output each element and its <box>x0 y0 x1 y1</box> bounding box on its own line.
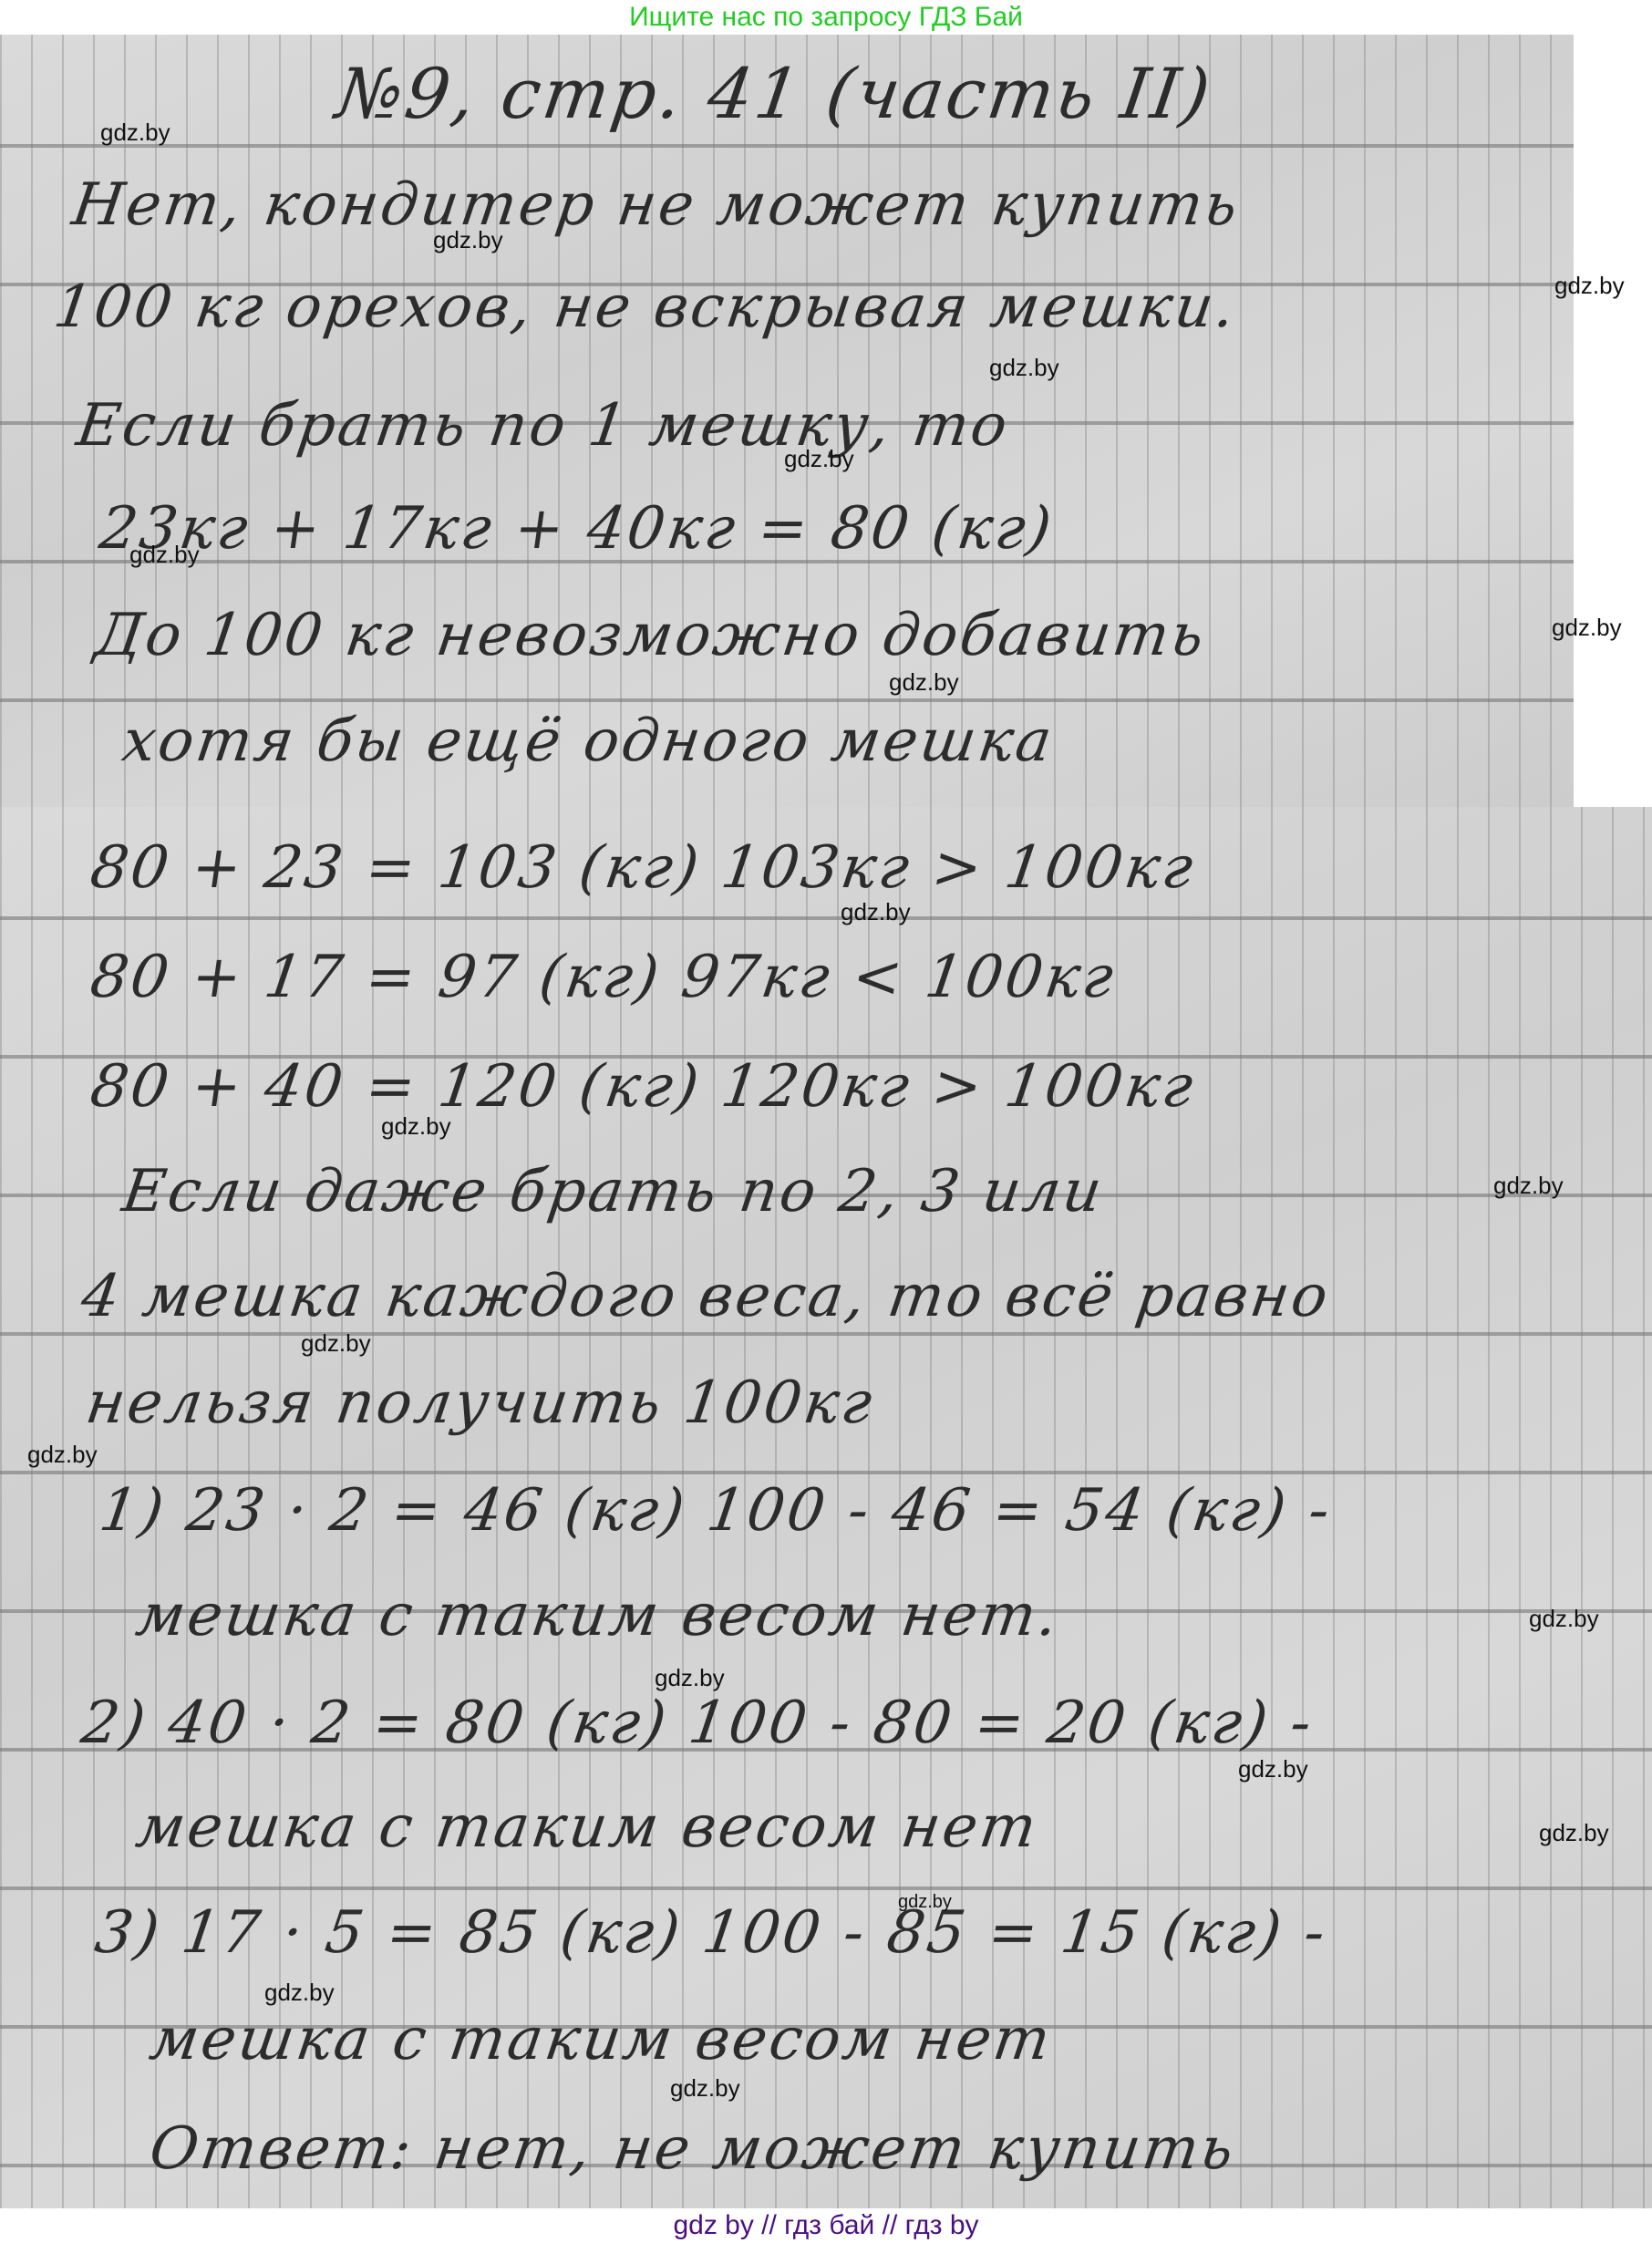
watermark: gdz.by <box>1552 614 1622 642</box>
answer-line: Ответ: нет, не может купить <box>146 2115 1241 2183</box>
solution-line: 2) 40 · 2 = 80 (кг) 100 - 80 = 20 (кг) - <box>77 1690 1318 1757</box>
watermark: gdz.by <box>27 1441 98 1469</box>
solution-line: 1) 23 · 2 = 46 (кг) 100 - 46 = 54 (кг) - <box>96 1477 1337 1545</box>
watermark: gdz.by <box>784 445 854 473</box>
solution-line: 80 + 40 = 120 (кг) 120кг > 100кг <box>87 1053 1200 1121</box>
solution-line: хотя бы ещё одного мешка <box>119 708 1058 775</box>
watermark: gdz.by <box>889 668 959 697</box>
notebook-photo-top: №9, стр. 41 (часть II) Нет, кондитер не … <box>0 35 1574 807</box>
watermark: gdz.by <box>433 226 503 254</box>
solution-line: Если брать по 1 мешку, то <box>73 392 1014 460</box>
solution-line: 80 + 17 = 97 (кг) 97кг < 100кг <box>87 944 1120 1011</box>
watermark: gdz.by <box>264 1979 335 2007</box>
solution-line: 23кг + 17кг + 40кг = 80 (кг) <box>96 495 1058 563</box>
watermark: gdz.by <box>841 898 911 926</box>
solution-line: 4 мешка каждого веса, то всё равно <box>77 1263 1335 1330</box>
watermark: gdz.by <box>381 1112 451 1141</box>
watermark: gdz.by <box>1554 272 1625 300</box>
solution-line: мешка с таким весом нет <box>146 2006 1057 2073</box>
watermark: gdz.by <box>1539 1819 1609 1847</box>
solution-line: 3) 17 · 5 = 85 (кг) 100 - 85 = 15 (кг) - <box>91 1899 1332 1967</box>
solution-line: Нет, кондитер не может купить <box>68 171 1244 239</box>
solution-line: мешка с таким весом нет <box>132 1793 1043 1861</box>
watermark: gdz.by <box>100 119 170 147</box>
watermark: gdz.by <box>670 2074 740 2103</box>
bottom-banner[interactable]: gdz by // гдз бай // гдз by <box>0 2208 1652 2243</box>
solution-line: нельзя получить 100кг <box>82 1370 879 1437</box>
solution-line: мешка с таким весом нет. <box>132 1582 1065 1649</box>
solution-line: 100 кг орехов, не вскрывая мешки. <box>50 274 1242 341</box>
watermark: gdz.by <box>129 541 200 569</box>
solution-line: Если даже брать по 2, 3 или <box>119 1158 1109 1225</box>
watermark: gdz.by <box>989 354 1059 382</box>
exercise-title: №9, стр. 41 (часть II) <box>332 53 1218 134</box>
top-banner[interactable]: Ищите нас по запросу ГДЗ Бай <box>0 0 1652 35</box>
watermark: gdz.by <box>655 1664 725 1692</box>
watermark: gdz.by <box>1529 1605 1599 1633</box>
solution-line: 80 + 23 = 103 (кг) 103кг > 100кг <box>87 834 1200 902</box>
watermark: gdz.by <box>301 1329 371 1358</box>
watermark: gdz.by <box>898 1892 952 1913</box>
solution-line: До 100 кг невозможно добавить <box>91 602 1211 669</box>
watermark: gdz.by <box>1238 1755 1308 1783</box>
watermark: gdz.by <box>1493 1172 1564 1200</box>
notebook-photo-bottom: 80 + 23 = 103 (кг) 103кг > 100кг 80 + 17… <box>0 807 1652 2208</box>
